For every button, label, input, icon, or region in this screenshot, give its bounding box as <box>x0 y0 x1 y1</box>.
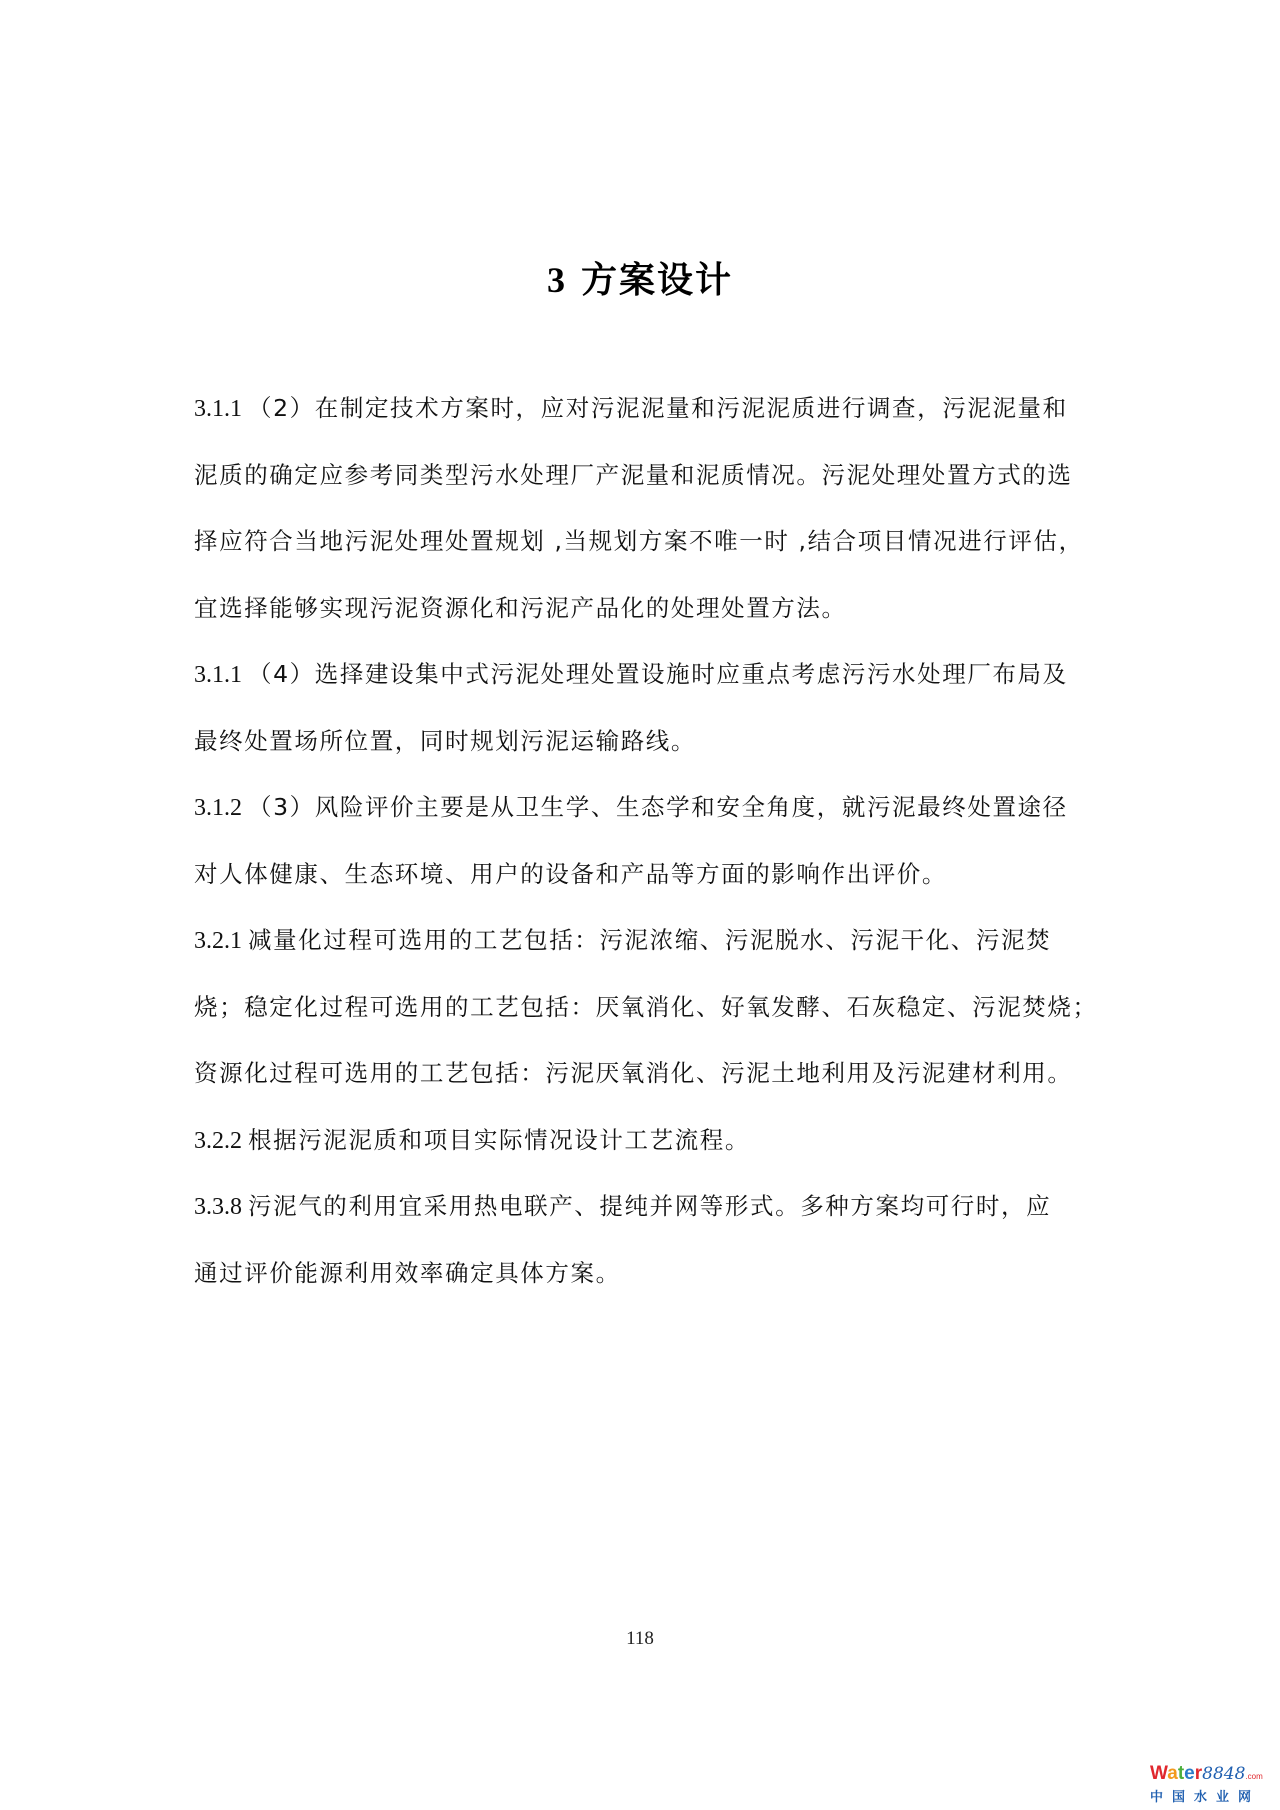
watermark-subtitle: 中国水业网 <box>1150 1789 1270 1807</box>
line-text: 最终处置场所位置，同时规划污泥运输路线。 <box>194 727 696 755</box>
brand-letter: a <box>1167 1763 1178 1784</box>
text-line: 3.1.1（2）在制定技术方案时，应对污泥泥量和污泥泥质进行调查，污泥泥量和 <box>194 388 1094 455</box>
page-title: 3方案设计 <box>0 252 1280 309</box>
text-line: 3.1.1（4）选择建设集中式污泥处理处置设施时应重点考虑污污水处理厂布局及 <box>194 654 1094 721</box>
line-text: 烧；稳定化过程可选用的工艺包括：厌氧消化、好氧发酵、石灰稳定、污泥焚烧； <box>194 993 1098 1021</box>
line-text: 择应符合当地污泥处理处置规划 ,当规划方案不唯一时 ,结合项目情况进行评估， <box>194 527 1084 555</box>
section-number: 3.2.1 <box>194 928 242 954</box>
page-number: 118 <box>0 1628 1280 1650</box>
text-line: 宜选择能够实现污泥资源化和污泥产品化的处理处置方法。 <box>194 588 1094 655</box>
text-line: 3.1.2（3）风险评价主要是从卫生学、生态学和安全角度，就污泥最终处置途径 <box>194 787 1094 854</box>
text-line: 泥质的确定应参考同类型污水处理厂产泥量和泥质情况。污泥处理处置方式的选 <box>194 455 1094 522</box>
section-number: 3.1.1 <box>194 396 242 422</box>
brand-letter: W <box>1150 1763 1167 1784</box>
line-text: 资源化过程可选用的工艺包括：污泥厌氧消化、污泥土地利用及污泥建材利用。 <box>194 1059 1073 1087</box>
line-text: 通过评价能源利用效率确定具体方案。 <box>194 1259 621 1287</box>
line-text: （4）选择建设集中式污泥处理处置设施时应重点考虑污污水处理厂布局及 <box>248 660 1068 688</box>
section-number: 3.3.8 <box>194 1194 242 1220</box>
chapter-number: 3 <box>547 260 567 300</box>
line-text: 污泥气的利用宜采用热电联产、提纯并网等形式。多种方案均可行时，应 <box>248 1192 1051 1220</box>
line-text: 根据污泥泥质和项目实际情况设计工艺流程。 <box>248 1126 750 1154</box>
text-line: 择应符合当地污泥处理处置规划 ,当规划方案不唯一时 ,结合项目情况进行评估， <box>194 521 1094 588</box>
line-text: （3）风险评价主要是从卫生学、生态学和安全角度，就污泥最终处置途径 <box>248 793 1068 821</box>
brand-letter: r <box>1195 1763 1202 1784</box>
text-line: 通过评价能源利用效率确定具体方案。 <box>194 1253 1094 1320</box>
text-line: 资源化过程可选用的工艺包括：污泥厌氧消化、污泥土地利用及污泥建材利用。 <box>194 1053 1094 1120</box>
line-text: 对人体健康、生态环境、用户的设备和产品等方面的影响作出评价。 <box>194 860 947 888</box>
brand-letter: e <box>1184 1763 1195 1784</box>
watermark-brand: Water8848.com <box>1150 1764 1270 1787</box>
line-text: 减量化过程可选用的工艺包括：污泥浓缩、污泥脱水、污泥干化、污泥焚 <box>248 926 1051 954</box>
body-text: 3.1.1（2）在制定技术方案时，应对污泥泥量和污泥泥质进行调查，污泥泥量和 泥… <box>194 388 1094 1319</box>
brand-suffix: .com <box>1245 1772 1262 1781</box>
text-line: 烧；稳定化过程可选用的工艺包括：厌氧消化、好氧发酵、石灰稳定、污泥焚烧； <box>194 987 1094 1054</box>
line-text: （2）在制定技术方案时，应对污泥泥量和污泥泥质进行调查，污泥泥量和 <box>248 394 1068 422</box>
line-text: 宜选择能够实现污泥资源化和污泥产品化的处理处置方法。 <box>194 594 847 622</box>
text-line: 3.2.2根据污泥泥质和项目实际情况设计工艺流程。 <box>194 1120 1094 1187</box>
brand-number: 8848 <box>1202 1764 1245 1784</box>
text-line: 3.2.1减量化过程可选用的工艺包括：污泥浓缩、污泥脱水、污泥干化、污泥焚 <box>194 920 1094 987</box>
line-text: 泥质的确定应参考同类型污水处理厂产泥量和泥质情况。污泥处理处置方式的选 <box>194 461 1073 489</box>
section-number: 3.1.2 <box>194 795 242 821</box>
text-line: 最终处置场所位置，同时规划污泥运输路线。 <box>194 721 1094 788</box>
section-number: 3.2.2 <box>194 1128 242 1154</box>
chapter-title: 方案设计 <box>581 260 733 301</box>
watermark-logo: Water8848.com 中国水业网 <box>1150 1764 1270 1806</box>
section-number: 3.1.1 <box>194 662 242 688</box>
text-line: 对人体健康、生态环境、用户的设备和产品等方面的影响作出评价。 <box>194 854 1094 921</box>
text-line: 3.3.8污泥气的利用宜采用热电联产、提纯并网等形式。多种方案均可行时，应 <box>194 1186 1094 1253</box>
